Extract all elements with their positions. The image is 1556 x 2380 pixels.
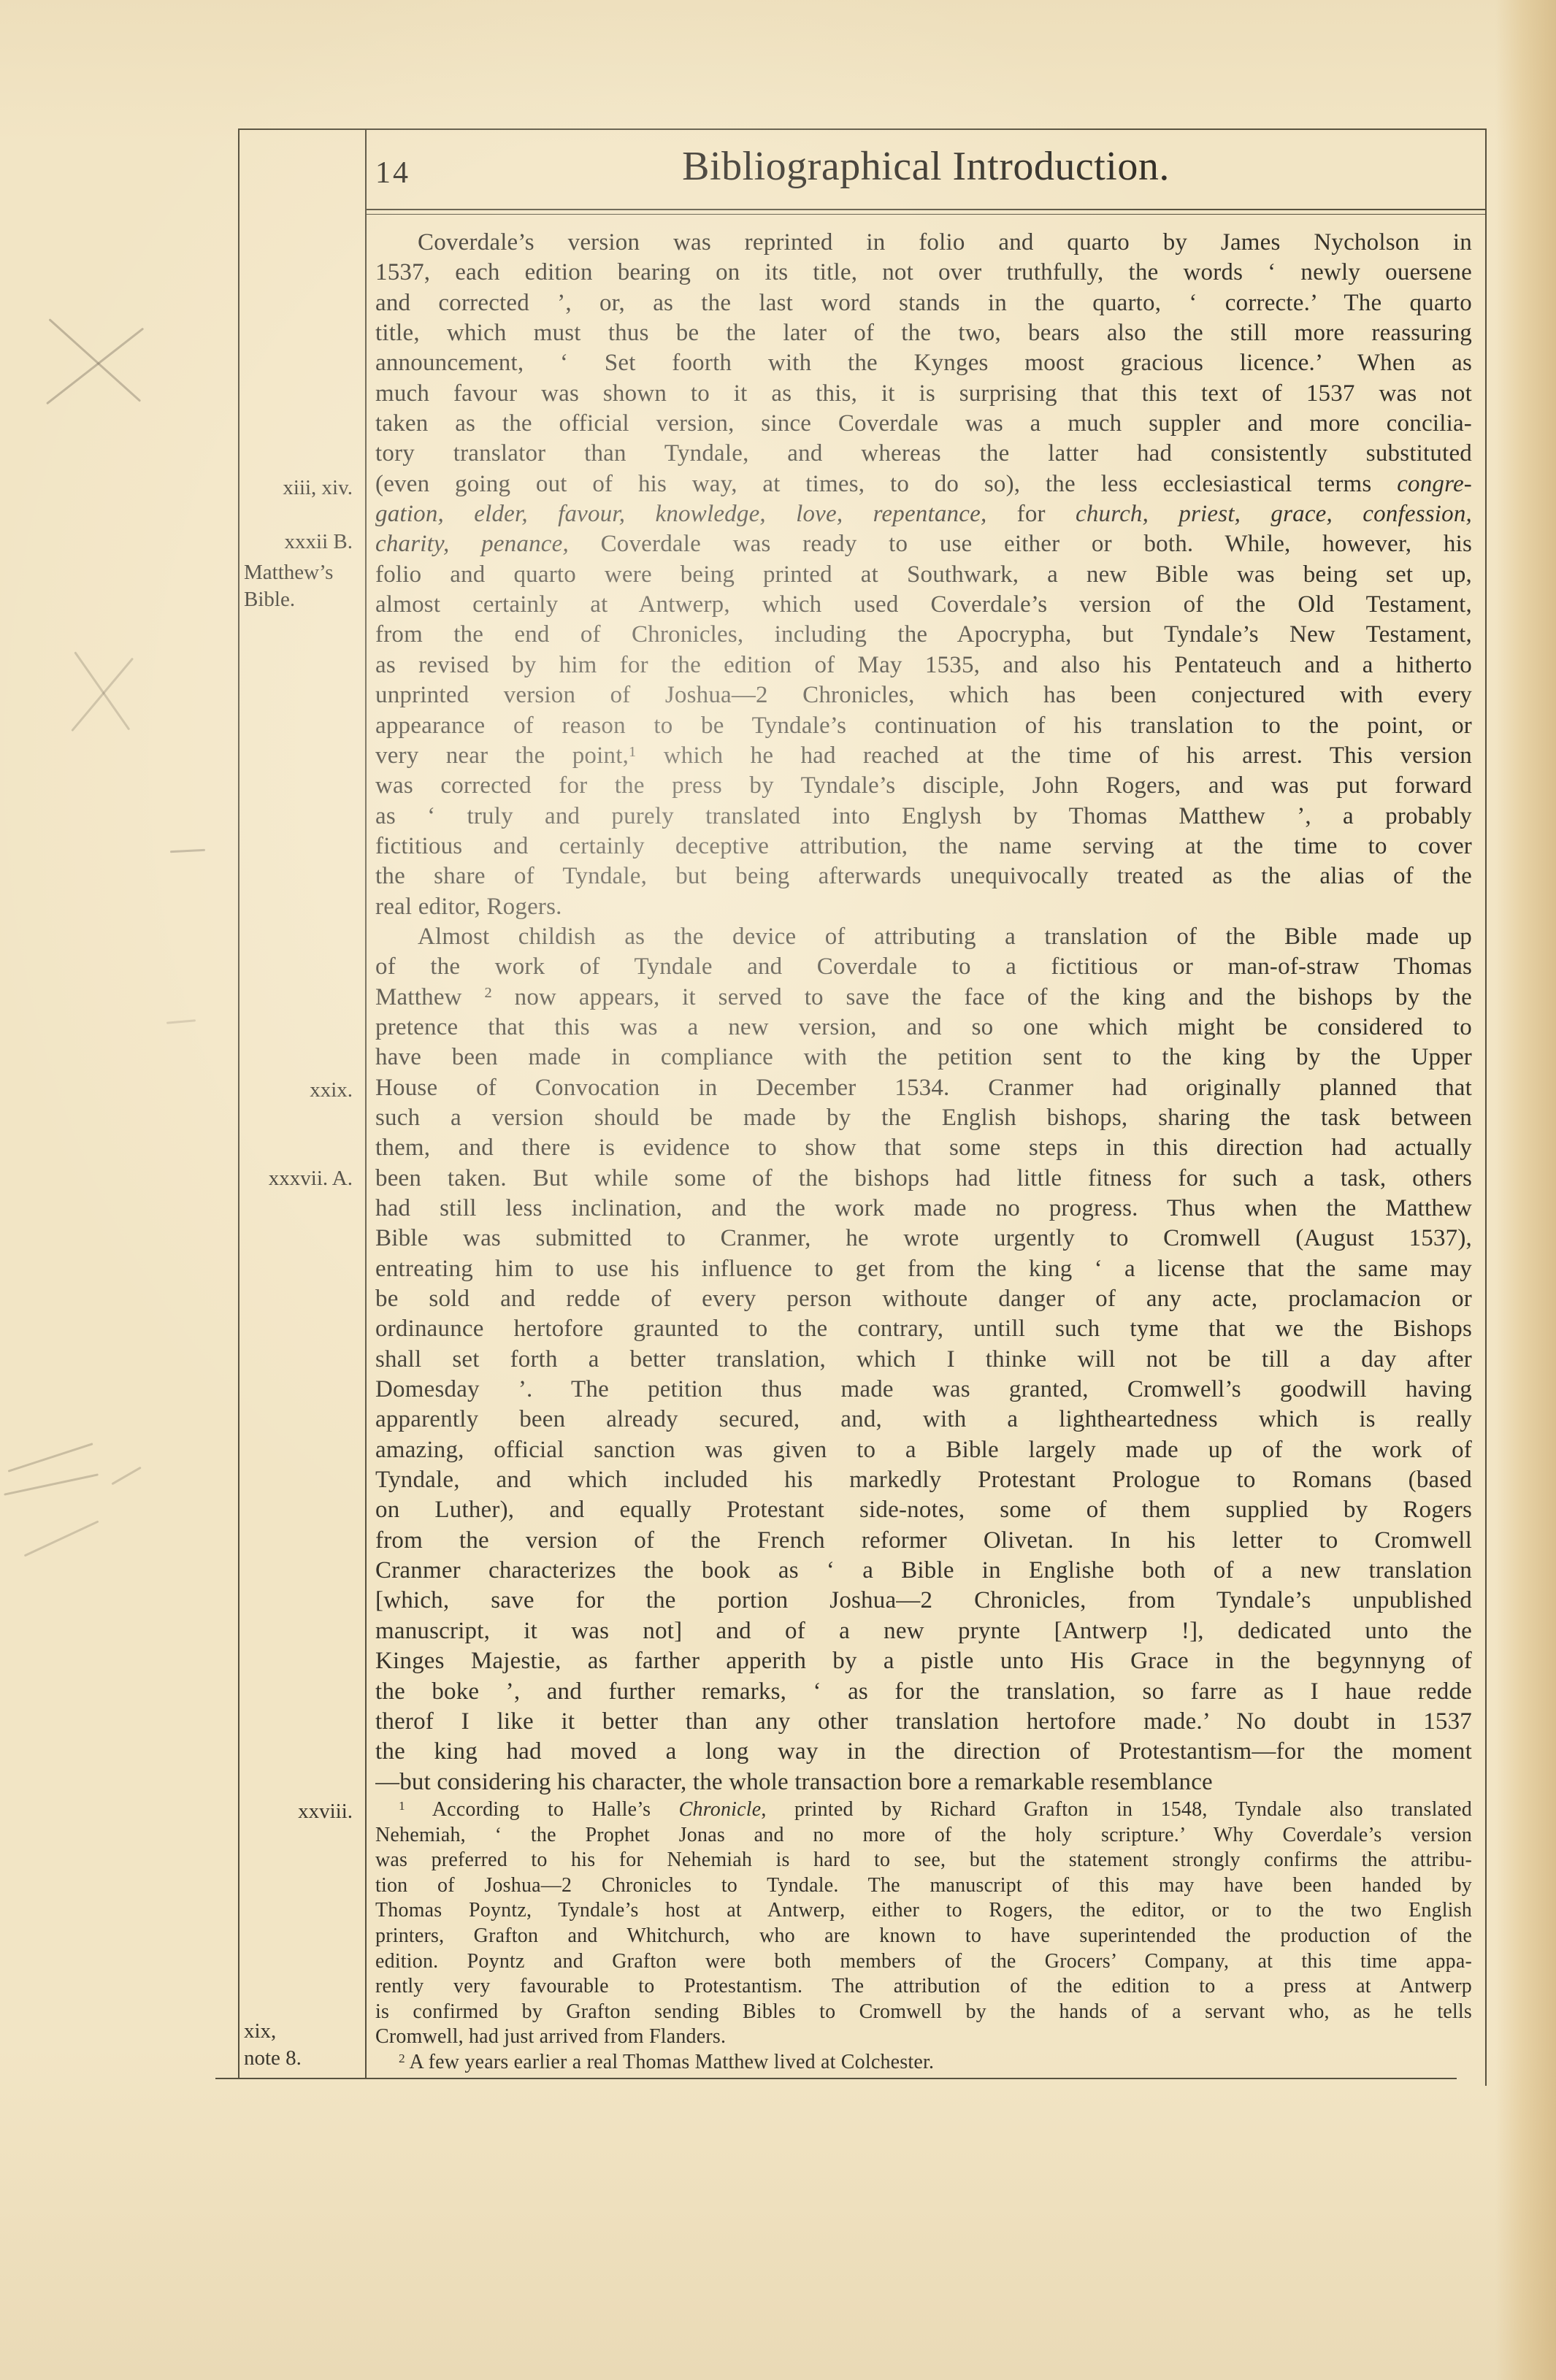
text-line: unprinted version of Joshua—2 Chronicles… — [375, 680, 1472, 710]
text-line: very near the point,1 which he had reach… — [375, 741, 1472, 771]
footnotes-block: 1 According to Halle’s Chronicle, printe… — [375, 1797, 1472, 2076]
pencil-mark — [166, 1019, 196, 1024]
text-line: and corrected ’, or, as the last word st… — [375, 288, 1472, 318]
text-line: 2 A few years earlier a real Thomas Matt… — [375, 2050, 1472, 2076]
text-line: gation, elder, favour, knowledge, love, … — [375, 499, 1472, 529]
text-line: Matthew 2 now appears, it served to save… — [375, 983, 1472, 1013]
text-line: be sold and redde of every person withou… — [375, 1284, 1472, 1314]
text-line: Kinges Majestie, as farther apperith by … — [375, 1646, 1472, 1676]
text-line: Thomas Poyntz, Tyndale’s host at Antwerp… — [375, 1898, 1472, 1924]
text-line: entreating him to use his influence to g… — [375, 1254, 1472, 1284]
text-line: appearance of reason to be Tyndale’s con… — [375, 711, 1472, 741]
text-line: Almost childish as the device of attribu… — [375, 922, 1472, 952]
margin-note: xxviii. — [235, 1798, 365, 1825]
paragraph: 1 According to Halle’s Chronicle, printe… — [375, 1797, 1472, 2050]
text-line: charity, penance, Coverdale was ready to… — [375, 529, 1472, 559]
text-line: Cranmer characterizes the book as ‘ a Bi… — [375, 1556, 1472, 1586]
text-line: of the work of Tyndale and Coverdale to … — [375, 952, 1472, 982]
text-line: 1537, each edition bearing on its title,… — [375, 258, 1472, 288]
text-line: tory translator than Tyndale, and wherea… — [375, 439, 1472, 469]
text-line: was corrected for the press by Tyndale’s… — [375, 771, 1472, 801]
pencil-mark — [111, 1467, 141, 1485]
text-line: tion of Joshua—2 Chronicles to Tyndale. … — [375, 1873, 1472, 1899]
text-line: announcement, ‘ Set foorth with the Kyng… — [375, 348, 1472, 378]
text-line: much favour was shown to it as this, it … — [375, 379, 1472, 409]
pencil-mark — [71, 658, 133, 732]
margin-note: xix,note 8. — [235, 2018, 365, 2072]
text-line: title, which must thus be the later of t… — [375, 318, 1472, 348]
margin-note: xxxvii. A. — [235, 1165, 365, 1192]
text-line: House of Convocation in December 1534. C… — [375, 1073, 1472, 1103]
text-line: from the version of the French reformer … — [375, 1526, 1472, 1556]
frame-rule-bottom — [215, 2078, 1457, 2079]
text-line: amazing, official sanction was given to … — [375, 1435, 1472, 1465]
text-line: on Luther), and equally Protestant side-… — [375, 1495, 1472, 1525]
text-line: therof I like it better than any other t… — [375, 1707, 1472, 1737]
frame-rule-right — [1485, 128, 1487, 2086]
text-line: manuscript, it was not] and of a new pry… — [375, 1616, 1472, 1646]
text-line: apparently been already secured, and, wi… — [375, 1405, 1472, 1435]
margin-note: xxxii B. — [235, 529, 365, 556]
text-line: the king had moved a long way in the dir… — [375, 1737, 1472, 1767]
text-line: such a version should be made by the Eng… — [375, 1103, 1472, 1133]
pencil-mark — [49, 318, 142, 402]
text-line: folio and quarto were being printed at S… — [375, 560, 1472, 590]
text-line: shall set forth a better translation, wh… — [375, 1345, 1472, 1375]
page-edge-shading — [1495, 0, 1556, 2380]
page-title: Bibliographical Introduction. — [367, 143, 1485, 190]
scanned-book-page: 14 Bibliographical Introduction. xiii, x… — [0, 0, 1556, 2380]
text-line: them, and there is evidence to show that… — [375, 1133, 1472, 1163]
margin-note: Matthew’sBible. — [235, 559, 365, 613]
text-line: from the end of Chronicles, including th… — [375, 620, 1472, 650]
text-line: was preferred to his for Nehemiah is har… — [375, 1848, 1472, 1873]
margin-note: xiii, xiv. — [235, 475, 365, 502]
text-line: —but considering his character, the whol… — [375, 1767, 1472, 1797]
paragraph: 2 A few years earlier a real Thomas Matt… — [375, 2050, 1472, 2076]
text-line: as ‘ truly and purely translated into En… — [375, 802, 1472, 832]
text-line: edition. Poyntz and Grafton were both me… — [375, 1949, 1472, 1975]
text-line: almost certainly at Antwerp, which used … — [375, 590, 1472, 620]
text-line: is confirmed by Grafton sending Bibles t… — [375, 2000, 1472, 2025]
text-line: been taken. But while some of the bishop… — [375, 1164, 1472, 1194]
text-line: Coverdale’s version was reprinted in fol… — [375, 228, 1472, 258]
text-line: (even going out of his way, at times, to… — [375, 469, 1472, 499]
header-rule-upper — [367, 209, 1485, 210]
text-line: as revised by him for the edition of May… — [375, 650, 1472, 680]
text-line: ordinaunce hertofore graunted to the con… — [375, 1314, 1472, 1344]
frame-rule-top — [239, 128, 1487, 130]
text-line: Nehemiah, ‘ the Prophet Jonas and no mor… — [375, 1823, 1472, 1849]
pencil-mark — [46, 328, 144, 404]
text-line: had still less inclination, and the work… — [375, 1194, 1472, 1224]
text-line: [which, save for the portion Joshua—2 Ch… — [375, 1586, 1472, 1616]
text-line: printers, Grafton and Whitchurch, who ar… — [375, 1924, 1472, 1949]
text-line: real editor, Rogers. — [375, 892, 1472, 922]
pencil-mark — [8, 1443, 93, 1472]
body-text-column: Coverdale’s version was reprinted in fol… — [375, 228, 1472, 1797]
pencil-mark — [74, 651, 131, 730]
paragraph: Coverdale’s version was reprinted in fol… — [375, 228, 1472, 922]
paragraph: Almost childish as the device of attribu… — [375, 922, 1472, 1797]
text-line: pretence that this was a new version, an… — [375, 1013, 1472, 1043]
text-line: the share of Tyndale, but being afterwar… — [375, 861, 1472, 891]
text-line: have been made in compliance with the pe… — [375, 1043, 1472, 1072]
margin-note: xxix. — [235, 1077, 365, 1104]
header-rule-lower — [367, 214, 1485, 215]
pencil-mark — [170, 849, 205, 853]
text-line: rently very favourable to Protestantism.… — [375, 1974, 1472, 2000]
margin-divider-rule — [365, 128, 367, 2079]
text-line: the boke ’, and further remarks, ‘ as fo… — [375, 1677, 1472, 1707]
pencil-mark — [4, 1473, 99, 1495]
text-line: 1 According to Halle’s Chronicle, printe… — [375, 1797, 1472, 1823]
text-line: Tyndale, and which included his markedly… — [375, 1465, 1472, 1495]
text-line: fictitious and certainly deceptive attri… — [375, 832, 1472, 861]
pencil-mark — [24, 1520, 99, 1556]
text-line: Domesday ’. The petition thus made was g… — [375, 1375, 1472, 1405]
text-line: taken as the official version, since Cov… — [375, 409, 1472, 439]
text-line: Bible was submitted to Cranmer, he wrote… — [375, 1224, 1472, 1254]
text-line: Cromwell, had just arrived from Flanders… — [375, 2024, 1472, 2050]
frame-rule-left — [238, 128, 239, 2079]
